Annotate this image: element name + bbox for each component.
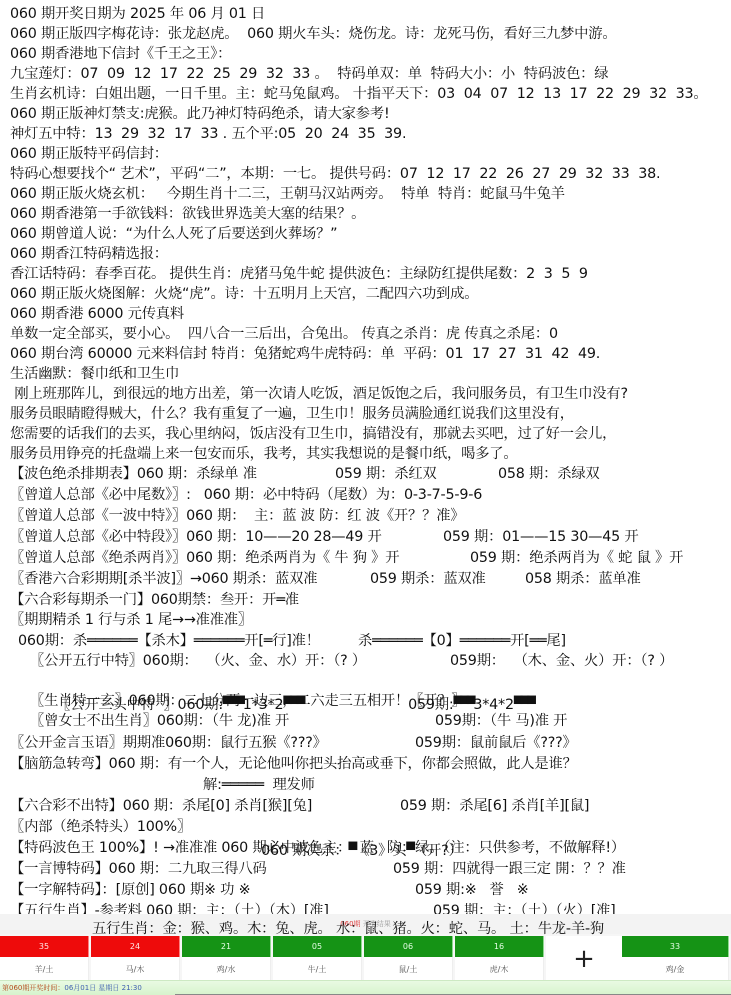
banbo-058: 058 期杀：蓝单准 xyxy=(525,567,641,591)
ball-zodiac-element: 羊/土 xyxy=(0,957,89,982)
result-ball-6: 16 虎/木 xyxy=(455,936,544,982)
result-special-ball: 33 鸡/金 xyxy=(622,936,729,982)
ball-number: 35 xyxy=(0,936,89,957)
ball-zodiac-element: 鸡/金 xyxy=(622,957,729,982)
ball-zodiac-element: 马/木 xyxy=(91,957,180,982)
ball-zodiac-element: 虎/木 xyxy=(455,957,544,982)
ball-zodiac-element: 鼠/土 xyxy=(364,957,453,982)
draw-time-value: 06月01日 星期日 21:30 xyxy=(64,984,141,992)
ball-number: 33 xyxy=(622,936,729,957)
result-ball-2: 24 马/木 xyxy=(91,936,180,982)
draw-time-status-bar: 第060期开奖时间：06月01日 星期日 21:30 xyxy=(0,980,731,995)
result-ball-5: 06 鼠/土 xyxy=(364,936,453,982)
draw-time-label: 第060期开奖时间： xyxy=(2,984,64,992)
result-ball-1: 35 羊/土 xyxy=(0,936,89,982)
plus-icon: + xyxy=(546,936,622,982)
bose-058: 058 期：杀绿双 xyxy=(498,462,600,486)
banbo-059: 059 期杀：蓝双准 xyxy=(370,567,486,591)
result-ball-4: 05 牛/土 xyxy=(273,936,362,982)
ball-zodiac-element: 牛/土 xyxy=(273,957,362,982)
wuxingsx-legend: 五行生肖：金：猴、鸡。木：兔、虎。 水：鼠、猪。火：蛇、马。 土：牛龙-羊-狗 xyxy=(92,917,604,941)
draw-time-text: 第060期开奖时间：06月01日 星期日 21:30 xyxy=(2,981,142,995)
result-ball-3: 21 鸡/水 xyxy=(182,936,271,982)
cengnv-row: 〖曾女士不出生肖〗060期：（牛 龙)准 开 059期：（牛 马)准 开 xyxy=(30,709,730,733)
ball-zodiac-element: 鸡/水 xyxy=(182,957,271,982)
cengnv-059: 059期：（牛 马)准 开 xyxy=(435,709,567,733)
cengnv-060: 〖曾女士不出生肖〗060期：（牛 龙)准 开 xyxy=(30,709,289,733)
